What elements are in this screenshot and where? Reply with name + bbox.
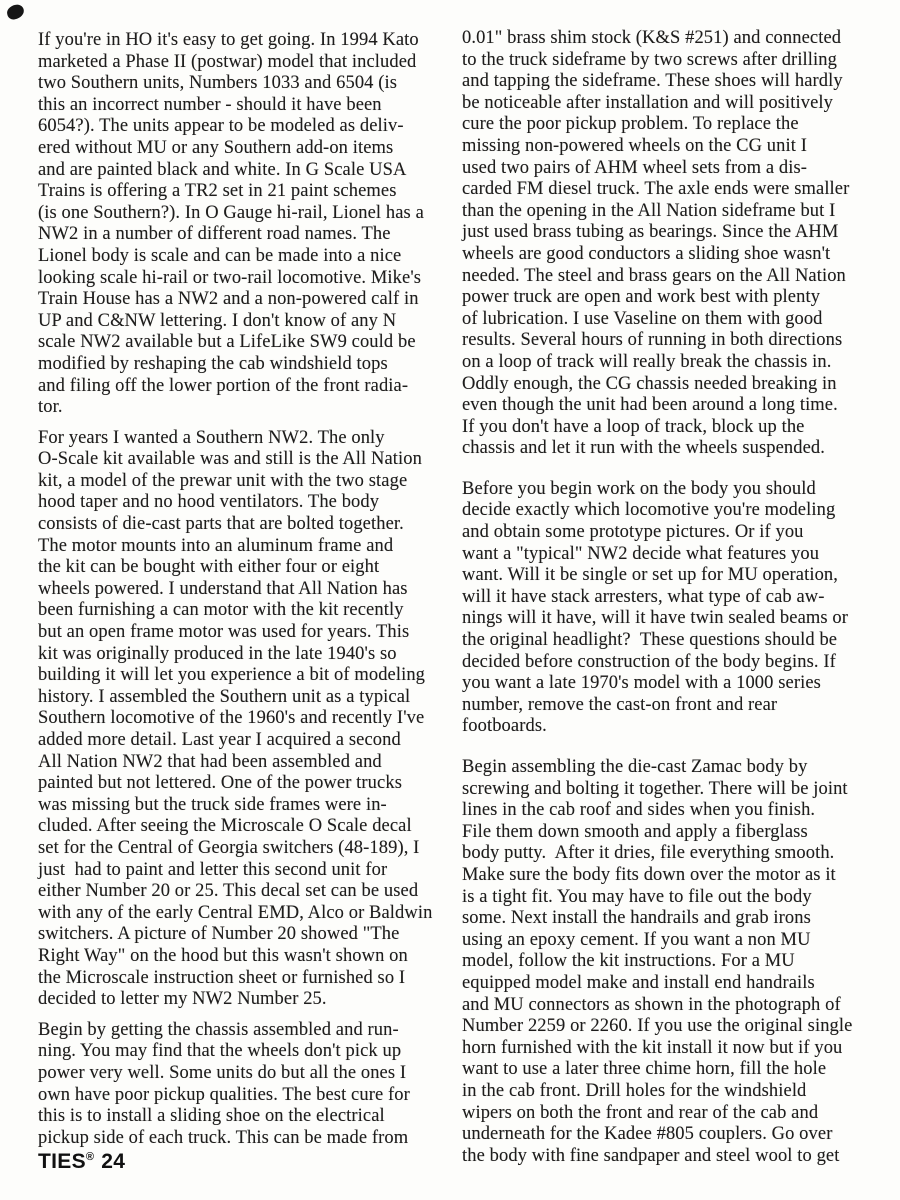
text-line: history. I assembled the Southern unit a…: [38, 687, 456, 709]
text-line: Begin by getting the chassis assembled a…: [38, 1020, 456, 1042]
text-line: using an epoxy cement. If you want a non…: [462, 930, 880, 952]
text-line: ning. You may find that the wheels don't…: [38, 1041, 456, 1063]
text-line: File them down smooth and apply a fiberg…: [462, 822, 880, 844]
text-line: carded FM diesel truck. The axle ends we…: [462, 179, 880, 201]
text-line: marketed a Phase II (postwar) model that…: [38, 52, 456, 74]
text-line: looking scale hi-rail or two-rail locomo…: [38, 268, 456, 290]
text-line: 6054?). The units appear to be modeled a…: [38, 116, 456, 138]
text-line: the original headlight? These questions …: [462, 630, 880, 652]
text-line: is a tight fit. You may have to file out…: [462, 887, 880, 909]
text-line: missing non-powered wheels on the CG uni…: [462, 136, 880, 158]
text-line: Before you begin work on the body you sh…: [462, 479, 880, 501]
text-line: power truck are open and work best with …: [462, 287, 880, 309]
text-line: Number 2259 or 2260. If you use the orig…: [462, 1016, 880, 1038]
text-line: nings will it have, will it have twin se…: [462, 608, 880, 630]
text-line: 0.01" brass shim stock (K&S #251) and co…: [462, 28, 880, 50]
text-line: to the truck sideframe by two screws aft…: [462, 50, 880, 72]
text-line: be noticeable after installation and wil…: [462, 93, 880, 115]
text-line: the body with fine sandpaper and steel w…: [462, 1146, 880, 1168]
text-line: kit, a model of the prewar unit with the…: [38, 471, 456, 493]
text-line: and obtain some prototype pictures. Or i…: [462, 522, 880, 544]
text-line: results. Several hours of running in bot…: [462, 330, 880, 352]
text-line: used two pairs of AHM wheel sets from a …: [462, 158, 880, 180]
text-line: pickup side of each truck. This can be m…: [38, 1128, 456, 1150]
text-line: decided before construction of the body …: [462, 652, 880, 674]
text-line: was missing but the truck side frames we…: [38, 795, 456, 817]
text-line: this an incorrect number - should it hav…: [38, 95, 456, 117]
text-line: If you're in HO it's easy to get going. …: [38, 30, 456, 52]
text-line: with any of the early Central EMD, Alco …: [38, 903, 456, 925]
text-line: Southern locomotive of the 1960's and re…: [38, 708, 456, 730]
page-footer: TIES®24: [38, 1150, 125, 1174]
paragraph: For years I wanted a Southern NW2. The o…: [38, 428, 456, 1011]
paragraph: Begin by getting the chassis assembled a…: [38, 1020, 456, 1150]
text-column-right: 0.01" brass shim stock (K&S #251) and co…: [462, 28, 880, 1186]
text-line: want to use a later three chime horn, fi…: [462, 1059, 880, 1081]
text-line: underneath for the Kadee #805 couplers. …: [462, 1124, 880, 1146]
text-line: switchers. A picture of Number 20 showed…: [38, 924, 456, 946]
text-line: tor.: [38, 397, 456, 419]
text-line: Train House has a NW2 and a non-powered …: [38, 289, 456, 311]
text-line: body putty. After it dries, file everyth…: [462, 843, 880, 865]
text-line: you want a late 1970's model with a 1000…: [462, 673, 880, 695]
text-line: lines in the cab roof and sides when you…: [462, 800, 880, 822]
text-line: in the cab front. Drill holes for the wi…: [462, 1081, 880, 1103]
text-line: want a "typical" NW2 decide what feature…: [462, 544, 880, 566]
paragraph: If you're in HO it's easy to get going. …: [38, 30, 456, 419]
text-line: equipped model make and install end hand…: [462, 973, 880, 995]
text-line: wipers on both the front and rear of the…: [462, 1103, 880, 1125]
registered-trademark-symbol: ®: [86, 1151, 94, 1163]
text-line: UP and C&NW lettering. I don't know of a…: [38, 311, 456, 333]
text-line: own have poor pickup qualities. The best…: [38, 1085, 456, 1107]
text-line: footboards.: [462, 716, 880, 738]
text-line: building it will let you experience a bi…: [38, 665, 456, 687]
text-line: NW2 in a number of different road names.…: [38, 224, 456, 246]
text-line: Make sure the body fits down over the mo…: [462, 865, 880, 887]
text-line: decide exactly which locomotive you're m…: [462, 500, 880, 522]
paragraph: Begin assembling the die-cast Zamac body…: [462, 757, 880, 1167]
text-line: and tapping the sideframe. These shoes w…: [462, 71, 880, 93]
text-line: For years I wanted a Southern NW2. The o…: [38, 428, 456, 450]
text-line: O-Scale kit available was and still is t…: [38, 449, 456, 471]
scanned-document-page: If you're in HO it's easy to get going. …: [0, 0, 900, 1200]
text-line: than the opening in the All Nation sidef…: [462, 201, 880, 223]
text-line: The motor mounts into an aluminum frame …: [38, 536, 456, 558]
text-line: All Nation NW2 that had been assembled a…: [38, 752, 456, 774]
text-line: consists of die-cast parts that are bolt…: [38, 514, 456, 536]
text-line: modified by reshaping the cab windshield…: [38, 354, 456, 376]
text-line: screwing and bolting it together. There …: [462, 779, 880, 801]
text-line: two Southern units, Numbers 1033 and 650…: [38, 73, 456, 95]
text-line: just used brass tubing as bearings. Sinc…: [462, 222, 880, 244]
text-line: (is one Southern?). In O Gauge hi-rail, …: [38, 203, 456, 225]
paragraph: 0.01" brass shim stock (K&S #251) and co…: [462, 28, 880, 460]
text-line: wheels powered. I understand that All Na…: [38, 579, 456, 601]
text-line: scale NW2 available but a LifeLike SW9 c…: [38, 332, 456, 354]
text-line: Right Way" on the hood but this wasn't s…: [38, 946, 456, 968]
text-line: on a loop of track will really break the…: [462, 352, 880, 374]
text-line: and are painted black and white. In G Sc…: [38, 160, 456, 182]
text-line: some. Next install the handrails and gra…: [462, 908, 880, 930]
text-line: even though the unit had been around a l…: [462, 395, 880, 417]
footer-brand: TIES: [38, 1150, 86, 1173]
text-line: Trains is offering a TR2 set in 21 paint…: [38, 181, 456, 203]
text-line: and filing off the lower portion of the …: [38, 376, 456, 398]
page-number: 24: [101, 1150, 125, 1173]
text-line: Lionel body is scale and can be made int…: [38, 246, 456, 268]
text-line: the Microscale instruction sheet or furn…: [38, 968, 456, 990]
text-column-left: If you're in HO it's easy to get going. …: [38, 30, 456, 1158]
text-line: kit was originally produced in the late …: [38, 644, 456, 666]
text-line: the kit can be bought with either four o…: [38, 557, 456, 579]
text-line: this is to install a sliding shoe on the…: [38, 1106, 456, 1128]
text-line: needed. The steel and brass gears on the…: [462, 266, 880, 288]
text-line: painted but not lettered. One of the pow…: [38, 773, 456, 795]
text-line: of lubrication. I use Vaseline on them w…: [462, 309, 880, 331]
text-line: just had to paint and letter this second…: [38, 860, 456, 882]
text-line: set for the Central of Georgia switchers…: [38, 838, 456, 860]
text-line: wheels are good conductors a sliding sho…: [462, 244, 880, 266]
text-line: If you don't have a loop of track, block…: [462, 417, 880, 439]
text-line: been furnishing a can motor with the kit…: [38, 600, 456, 622]
text-line: model, follow the kit instructions. For …: [462, 951, 880, 973]
text-line: ered without MU or any Southern add-on i…: [38, 138, 456, 160]
text-line: either Number 20 or 25. This decal set c…: [38, 881, 456, 903]
text-line: added more detail. Last year I acquired …: [38, 730, 456, 752]
text-line: cure the poor pickup problem. To replace…: [462, 114, 880, 136]
text-line: Oddly enough, the CG chassis needed brea…: [462, 374, 880, 396]
text-line: will it have stack arresters, what type …: [462, 587, 880, 609]
ink-blotch-artifact: [6, 3, 26, 20]
text-line: but an open frame motor was used for yea…: [38, 622, 456, 644]
paragraph: Before you begin work on the body you sh…: [462, 479, 880, 738]
text-line: power very well. Some units do but all t…: [38, 1063, 456, 1085]
text-line: horn furnished with the kit install it n…: [462, 1038, 880, 1060]
text-line: decided to letter my NW2 Number 25.: [38, 989, 456, 1011]
text-line: and MU connectors as shown in the photog…: [462, 995, 880, 1017]
text-line: want. Will it be single or set up for MU…: [462, 565, 880, 587]
text-line: number, remove the cast-on front and rea…: [462, 695, 880, 717]
text-line: cluded. After seeing the Microscale O Sc…: [38, 816, 456, 838]
text-line: hood taper and no hood ventilators. The …: [38, 492, 456, 514]
text-line: Begin assembling the die-cast Zamac body…: [462, 757, 880, 779]
text-line: chassis and let it run with the wheels s…: [462, 438, 880, 460]
